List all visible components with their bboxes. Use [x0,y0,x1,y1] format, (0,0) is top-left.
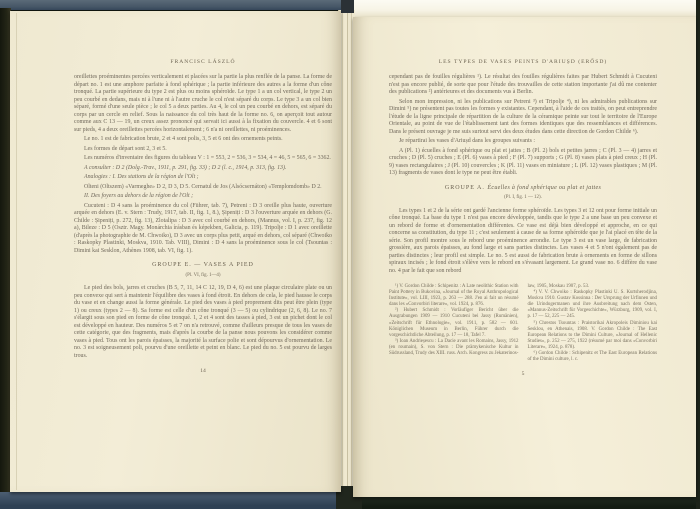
left-page-body: oreillettes proéminentes percées vertica… [74,74,332,360]
section-heading-label: GROUPE A. [445,185,485,191]
section-heading-groupe-a: GROUPE A. Écuelles à fond sphérique ou p… [389,185,657,193]
page-number-right: 5 [389,371,657,377]
footnote: ²) Hubert Schmidt : Vorläufiger Bericht … [389,308,519,338]
cover-edge-bottom-left [0,492,348,509]
paragraph: Olteni (Oltszem) «Varmeghe» D 2, D 3, D … [74,184,332,192]
footnotes: ¹) V. Gordon Childe : Schipenitz : A Lat… [389,284,657,363]
section-heading-label: GROUPE E. — VASES A PIED [152,262,254,268]
running-header-right: LES TYPES DE VASES PEINTS D'ARIUȘD (ERŐS… [389,59,657,65]
paragraph: Les formes de départ sont 2, 3 et 5. [74,146,332,154]
footnote: ³) Ioan Andrieșescu : La Dacie avant les… [389,339,519,357]
section-heading-title: Écuelles à fond sphérique ou plat et jat… [487,185,601,191]
section-subheading: (Pl. I, fig. 1 — 12). [389,194,657,202]
paragraph: Le no. 1 est de fabrication brute, 2 et … [74,136,332,144]
paragraph: Les numéros d'inventaire des figures du … [74,155,332,163]
paragraph: A consulter : D 2 (Dolg.-Trav., 1911, p.… [74,165,332,173]
paragraph: Le pied des bols, jarres et cruches (B 5… [74,285,332,360]
paragraph: Les types 1 et 2 de la série ont gardé l… [389,208,657,276]
gutter-notch-top [341,0,354,13]
left-page: FRANCISC LÁSZLÓ oreillettes proéminentes… [10,11,341,492]
right-page: LES TYPES DE VASES PEINTS D'ARIUȘD (ERŐS… [353,17,696,497]
running-header-left: FRANCISC LÁSZLÓ [74,59,332,65]
page-number-left: 14 [74,368,332,374]
footnote: ⁴) V. V. Chwoiko : Raskopky Plastinki U.… [528,290,658,320]
footnotes-column-1: ¹) V. Gordon Childe : Schipenitz : A Lat… [389,284,519,363]
paragraph: Selon mon impression, ni les publication… [389,99,657,137]
page-stack-top-right [352,0,696,18]
right-page-column: LES TYPES DE VASES PEINTS D'ARIUȘD (ERŐS… [389,59,657,377]
section-subheading: (Pl. VI, fig. 1—4) [74,272,332,280]
book-scan: FRANCISC LÁSZLÓ oreillettes proéminentes… [0,0,700,509]
section-heading-groupe-e: GROUPE E. — VASES A PIED [74,262,332,270]
paragraph: Je répartirai les vases d'Ariușd dans le… [389,138,657,146]
footnote: ⁶) Gordon Childe : Schipenitz et The Eas… [528,351,658,363]
paragraph: Analogies : I. Des stations de la région… [74,174,332,182]
paragraph: oreillettes proéminentes percées vertica… [74,74,332,134]
footnote: ¹) V. Gordon Childe : Schipenitz : A Lat… [389,284,519,308]
right-page-body: cependant pas de fouilles régulières ¹).… [389,74,657,275]
footnotes-column-2: law, 1905, Moskau 1907, p. 53. ⁴) V. V. … [528,284,658,363]
footnote: ⁵) Chrestos Tsountas : Praistorikai Akro… [528,321,658,351]
left-page-column: FRANCISC LÁSZLÓ oreillettes proéminentes… [74,59,332,374]
paragraph: Cucuteni : D 4 sans la proéminence du co… [74,203,332,256]
paragraph: II. Des foyers au dehors de la région de… [74,193,332,201]
paragraph: A (Pl. 1) écuelles à fond sphérique ou p… [389,148,657,178]
cover-edge-right [696,0,700,509]
paragraph: cependant pas de fouilles régulières ¹).… [389,74,657,97]
cover-edge-bottom-right [348,496,700,509]
cover-edge-top [0,0,357,10]
